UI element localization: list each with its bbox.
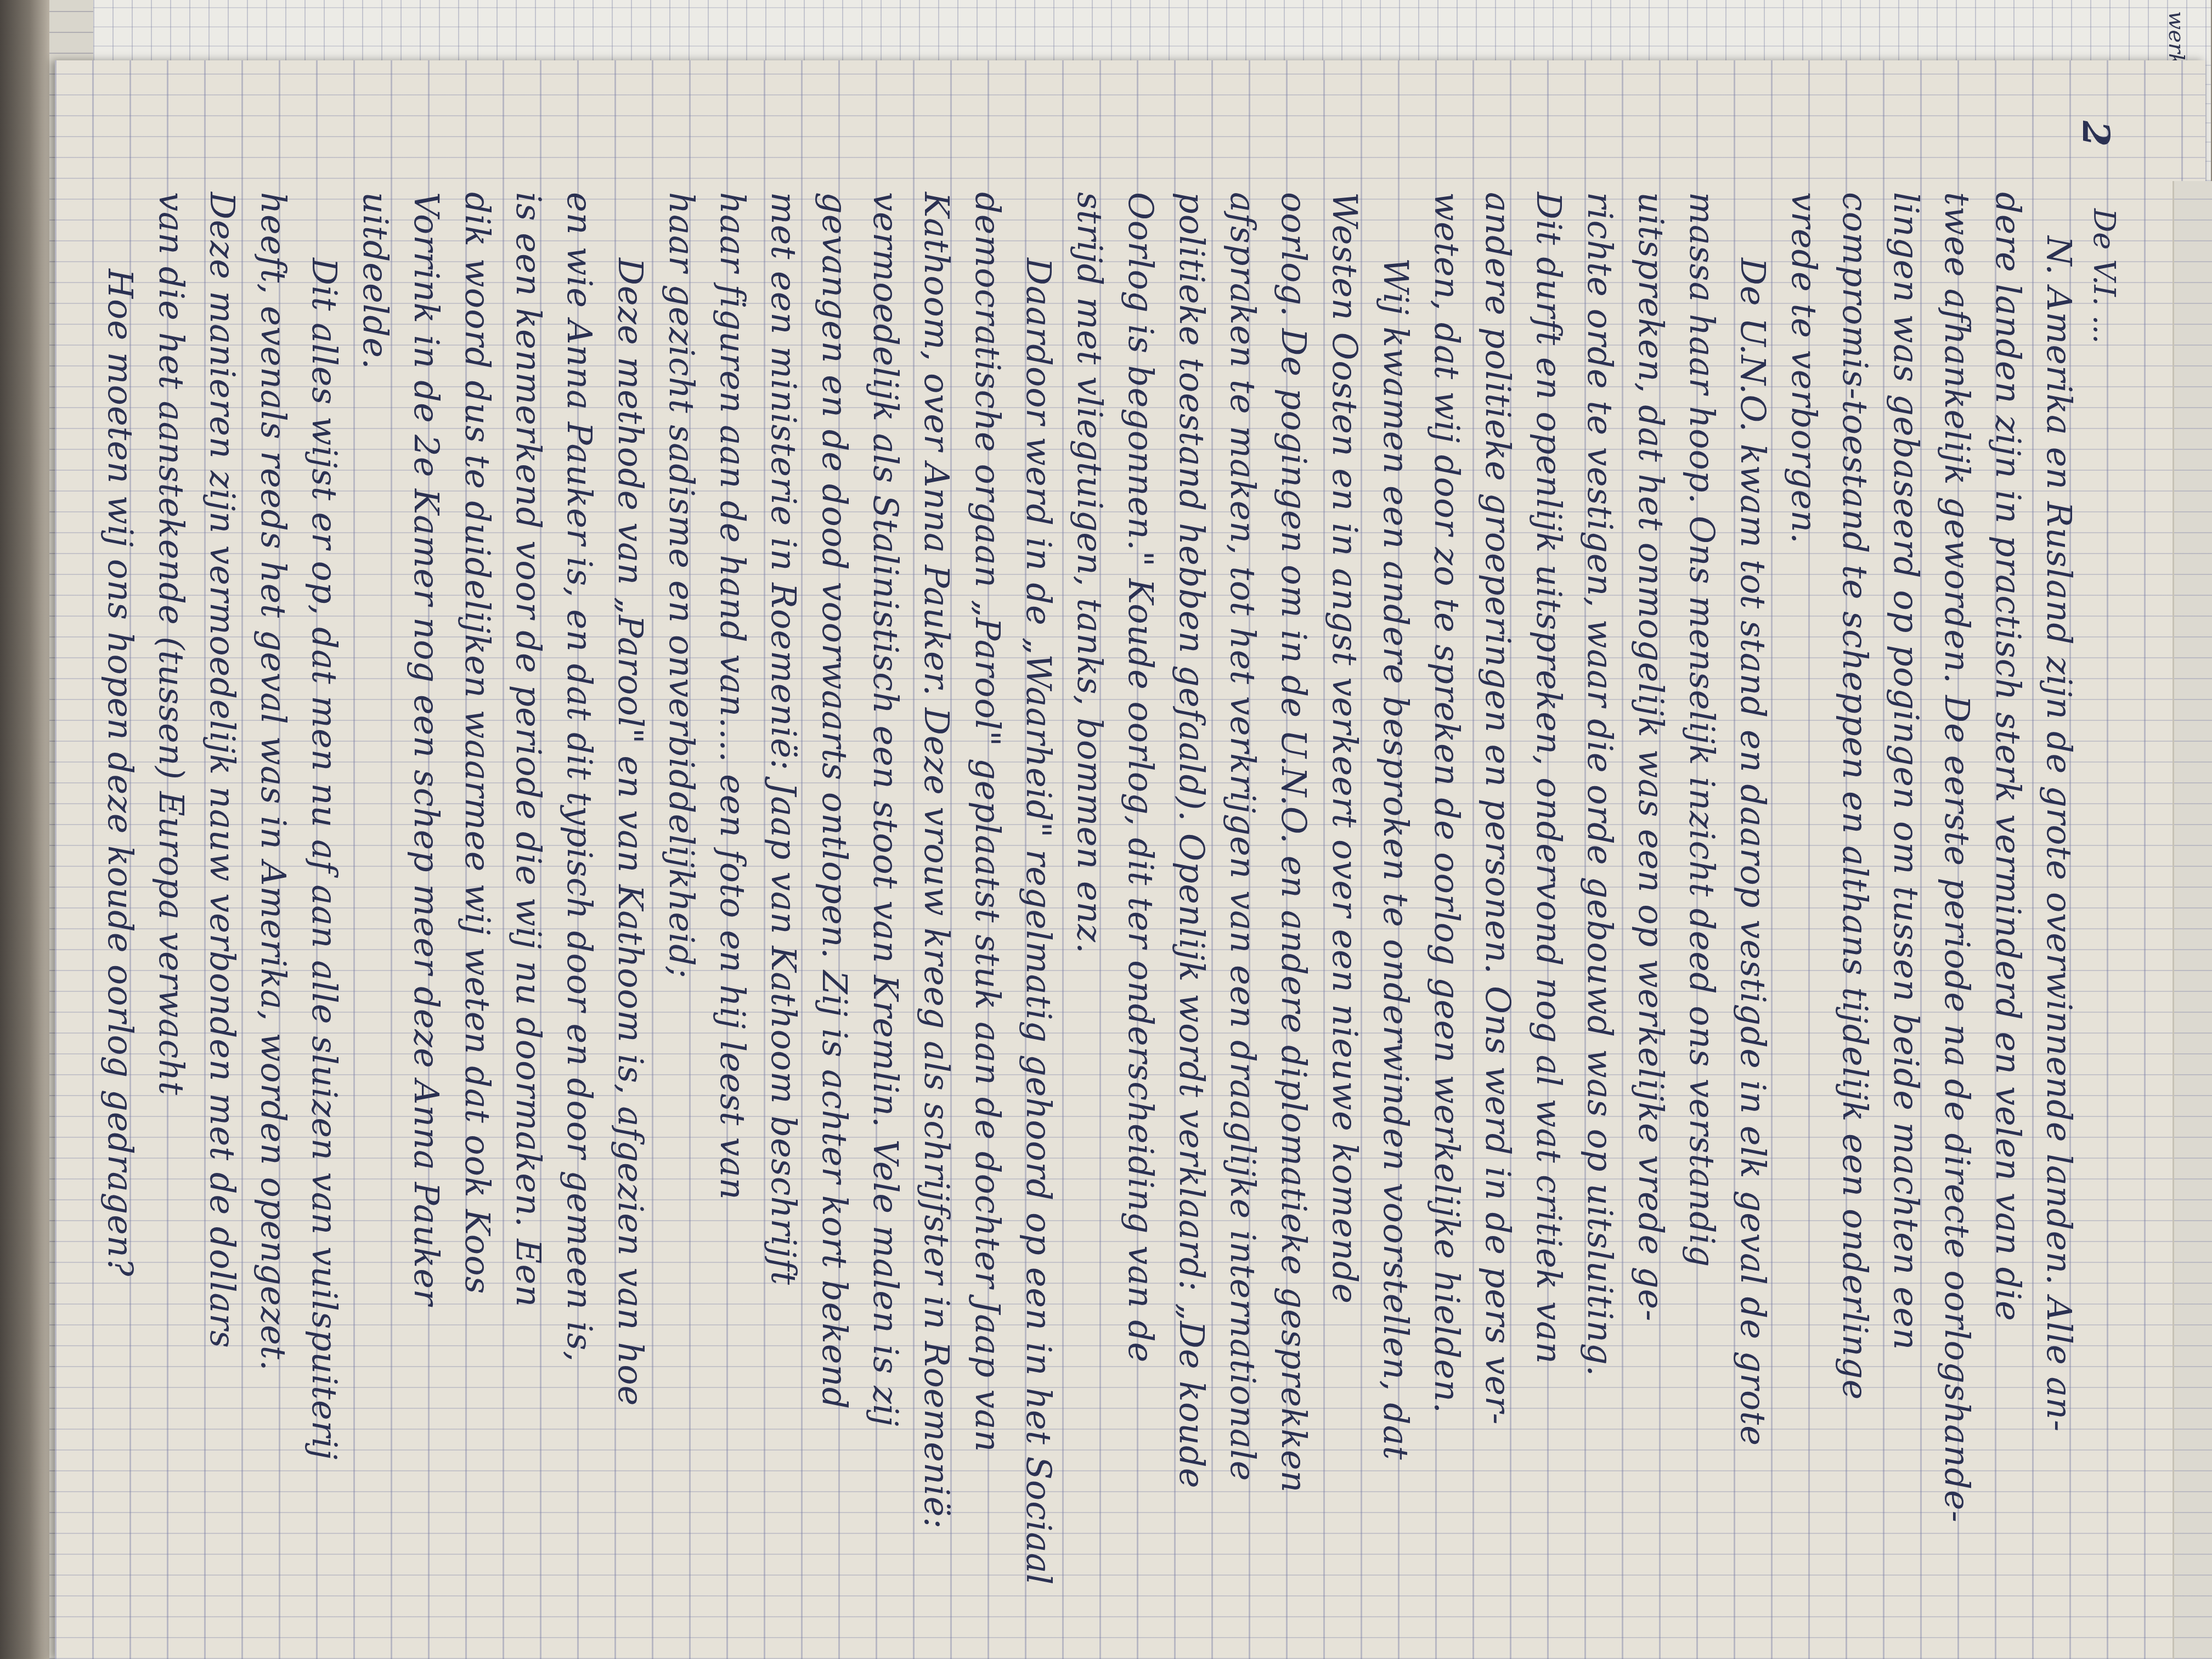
text-line: compromis-toestand te scheppen en althan…: [1830, 192, 1881, 1640]
text-line: gevangen en de dood voorwaarts ontlopen.…: [809, 192, 860, 1640]
text-line: Dit alles wijst er op, dat men nu af aan…: [299, 192, 350, 1640]
text-line: N. Amerika en Rusland zijn de grote over…: [2034, 192, 2085, 1640]
text-line: dik woord dus te duidelijken waarmee wij…: [452, 192, 503, 1640]
text-line: Deze methode van „Parool" en van Kathoom…: [605, 192, 656, 1640]
text-line: dere landen zijn in practisch sterk verm…: [1983, 192, 2034, 1640]
text-line: democratische orgaan „Parool" geplaatst …: [962, 192, 1013, 1640]
text-line: Daardoor werd in de „Waarheid" regelmati…: [1013, 192, 1064, 1640]
text-line: is een kenmerkend voor de periode die wi…: [503, 192, 554, 1640]
text-line: De U.N.O. kwam tot stand en daarop vesti…: [1728, 192, 1779, 1640]
text-line: Vorrink in de 2e Kamer nog een schep mee…: [401, 192, 452, 1640]
text-line: vrede te verborgen.: [1779, 192, 1830, 1640]
text-line: en wie Anna Pauker is, en dat dit typisc…: [554, 192, 605, 1640]
text-line: Wij kwamen een andere besproken te onder…: [1370, 192, 1421, 1640]
text-line: heeft, evenals reeds het geval was in Am…: [248, 192, 299, 1640]
text-line: Oorlog is begonnen." Koude oorlog, dit t…: [1115, 192, 1166, 1640]
text-line: andere politieke groeperingen en persone…: [1472, 192, 1523, 1640]
text-line: van die het aanstekende (tussen) Europa …: [146, 192, 197, 1640]
text-line: richte orde te vestigen, waar die orde g…: [1575, 192, 1626, 1640]
text-line: politieke toestand hebben gefaald). Open…: [1166, 192, 1217, 1640]
text-line: vermoedelijk als Stalinistisch een stoot…: [860, 192, 911, 1640]
sheet-margin: [2172, 181, 2212, 1659]
desk-edge: [0, 0, 49, 1659]
text-line: lingen was gebaseerd op pogingen om tuss…: [1881, 192, 1932, 1640]
text-line: oorlog. De pogingen om in de U.N.O. en a…: [1268, 192, 1319, 1640]
heading-note: De V.I. ...: [2085, 208, 2123, 1640]
text-line: Westen Oosten en in angst verkeert over …: [1319, 192, 1370, 1640]
text-line: massa haar hoop. Ons menselijk inzicht d…: [1677, 192, 1728, 1640]
text-line: Deze manieren zijn vermoedelijk nauw ver…: [197, 192, 248, 1640]
text-line: Dit durft en openlijk uitspreken, onderv…: [1523, 192, 1575, 1640]
text-line: haar figuren aan de hand van.... een fot…: [707, 192, 758, 1640]
text-line: uitspreken, dat het onmogelijk was een o…: [1626, 192, 1677, 1640]
handwritten-page: 2 De V.I. ... N. Amerika en Rusland zijn…: [95, 192, 2123, 1640]
text-line: haar gezicht sadisme en onverbiddelijkhe…: [656, 192, 707, 1640]
text-line: afspraken te maken, tot het verkrijgen v…: [1217, 192, 1268, 1640]
text-line: Kathoom, over Anna Pauker. Deze vrouw kr…: [911, 192, 962, 1640]
text-line: Hoe moeten wij ons hopen deze koude oorl…: [95, 192, 146, 1640]
page-number: 2: [2074, 121, 2118, 146]
text-line: met een ministerie in Roemenië: Jaap van…: [758, 192, 809, 1640]
text-line: strijd met vliegtuigen, tanks, bommen en…: [1064, 192, 1115, 1640]
text-line: weten, dat wij door zo te spreken de oor…: [1421, 192, 1472, 1640]
text-line: uitdeelde.: [350, 192, 401, 1640]
text-line: twee afhankelijk geworden. De eerste per…: [1932, 192, 1983, 1640]
